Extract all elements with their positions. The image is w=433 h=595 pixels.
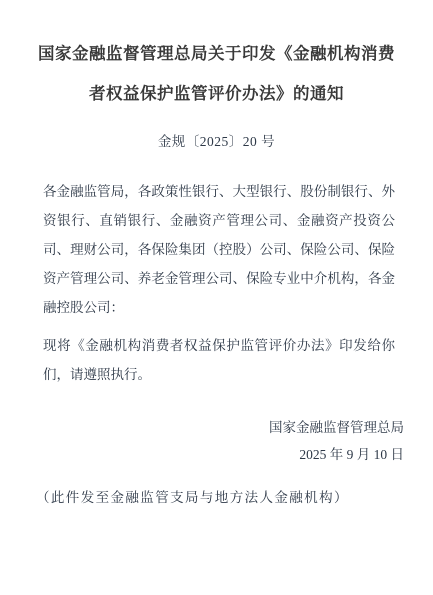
issue-date: 2025 年 9 月 10 日 (0, 441, 404, 468)
signature-block: 国家金融监督管理总局 2025 年 9 月 10 日 (0, 414, 433, 468)
document-number: 金规〔2025〕20 号 (0, 131, 433, 153)
document-title: 国家金融监督管理总局关于印发《金融机构消费 者权益保护监管评价办法》的通知 (20, 34, 413, 114)
document-body: 各金融监管局，各政策性银行、大型银行、股份制银行、外资银行、直销银行、金融资产管… (43, 177, 395, 389)
distribution-note: （此件发至金融监管支局与地方法人金融机构） (36, 488, 413, 508)
document-title-line-2: 者权益保护监管评价办法》的通知 (20, 74, 413, 114)
document-title-line-1: 国家金融监督管理总局关于印发《金融机构消费 (20, 34, 413, 74)
recipients-paragraph: 各金融监管局，各政策性银行、大型银行、股份制银行、外资银行、直销银行、金融资产管… (43, 177, 395, 322)
body-paragraph: 现将《金融机构消费者权益保护监管评价办法》印发给你们，请遵照执行。 (43, 331, 395, 389)
signer-name: 国家金融监督管理总局 (0, 414, 404, 441)
document-page: 国家金融监督管理总局关于印发《金融机构消费 者权益保护监管评价办法》的通知 金规… (0, 0, 433, 595)
